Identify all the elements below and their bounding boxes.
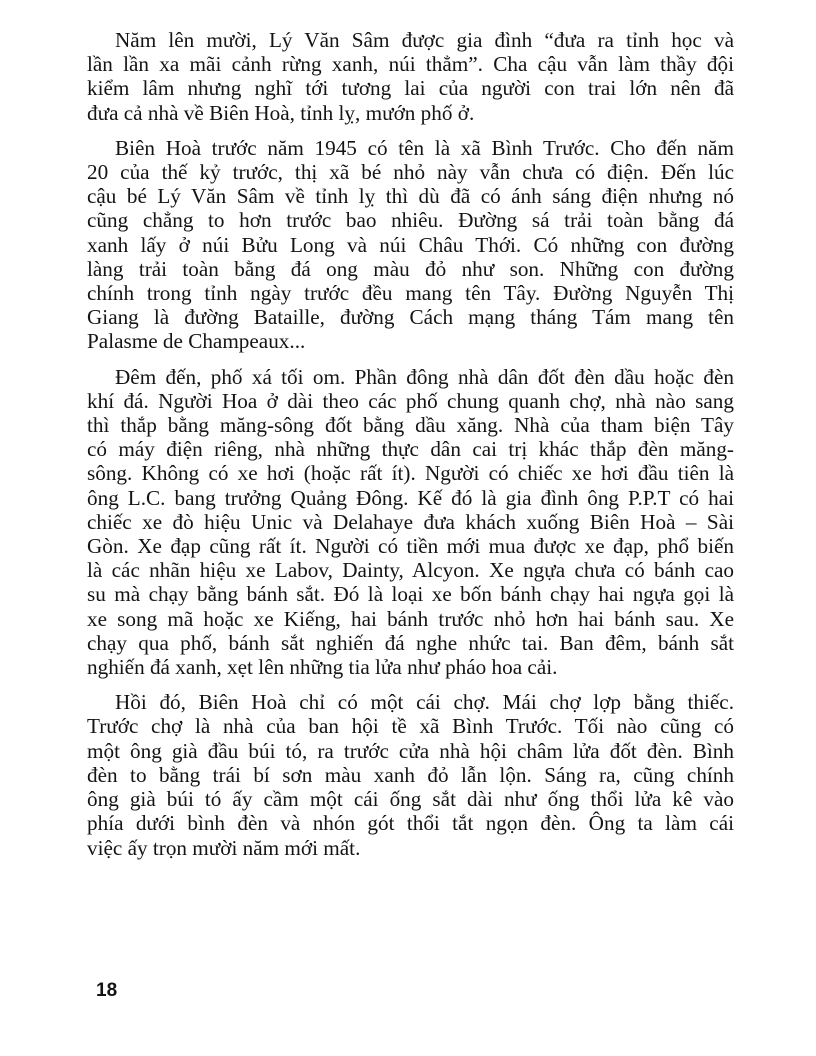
text-line: đèn to bằng trái bí sơn màu xanh đỏ lẫn …	[87, 763, 734, 787]
text-line: Hồi đó, Biên Hoà chỉ có một cái chợ. Mái…	[87, 690, 734, 714]
paragraph-2: Biên Hoà trước năm 1945 có tên là xã Bìn…	[87, 136, 734, 354]
page-body: Năm lên mười, Lý Văn Sâm được gia đình “…	[87, 28, 734, 871]
text-line: chiếc xe đò hiệu Unic và Delahaye đưa kh…	[87, 510, 734, 534]
text-line: xe song mã hoặc xe Kiếng, hai bánh trước…	[87, 607, 734, 631]
text-line: nghiến đá xanh, xẹt lên những tia lửa nh…	[87, 655, 734, 679]
text-line: cậu bé Lý Văn Sâm về tỉnh lỵ thì dù đã c…	[87, 184, 734, 208]
paragraph-3: Đêm đến, phố xá tối om. Phần đông nhà dâ…	[87, 365, 734, 680]
page-number: 18	[96, 980, 117, 1002]
text-line: kiểm lâm nhưng nghĩ tới tương lai của ng…	[87, 76, 734, 100]
text-line: ông già búi tó ấy cầm một cái ống sắt dà…	[87, 787, 734, 811]
paragraph-1: Năm lên mười, Lý Văn Sâm được gia đình “…	[87, 28, 734, 125]
text-line: Biên Hoà trước năm 1945 có tên là xã Bìn…	[87, 136, 734, 160]
text-line: Năm lên mười, Lý Văn Sâm được gia đình “…	[87, 28, 734, 52]
text-line: đưa cả nhà về Biên Hoà, tỉnh lỵ, mướn ph…	[87, 101, 734, 125]
text-line: việc ấy trọn mười năm mới mất.	[87, 836, 734, 860]
text-line: Palasme de Champeaux...	[87, 329, 734, 353]
text-line: phía dưới bình đèn và nhón gót thổi tắt …	[87, 811, 734, 835]
text-line: thì thắp bằng măng-sông đốt bằng dầu xăn…	[87, 413, 734, 437]
text-line: Đêm đến, phố xá tối om. Phần đông nhà dâ…	[87, 365, 734, 389]
text-line: có máy điện riêng, nhà những thực dân ca…	[87, 437, 734, 461]
text-line: sông. Không có xe hơi (hoặc rất ít). Ngư…	[87, 461, 734, 485]
text-line: là các nhãn hiệu xe Labov, Dainty, Alcyo…	[87, 558, 734, 582]
text-line: Gòn. Xe đạp cũng rất ít. Người có tiền m…	[87, 534, 734, 558]
text-line: Trước chợ là nhà của ban hội tề xã Bình …	[87, 714, 734, 738]
text-line: ông L.C. bang trưởng Quảng Đông. Kế đó l…	[87, 486, 734, 510]
text-line: cũng chẳng to hơn trước bao nhiêu. Đường…	[87, 208, 734, 232]
text-line: một ông già đầu búi tó, ra trước cửa nhà…	[87, 739, 734, 763]
text-line: chạy qua phố, bánh sắt nghiến đá nghe nh…	[87, 631, 734, 655]
text-line: Giang là đường Bataille, đường Cách mạng…	[87, 305, 734, 329]
paragraph-4: Hồi đó, Biên Hoà chỉ có một cái chợ. Mái…	[87, 690, 734, 859]
text-line: 20 của thế kỷ trước, thị xã bé nhỏ này v…	[87, 160, 734, 184]
text-line: xanh lấy ở núi Bửu Long và núi Châu Thới…	[87, 233, 734, 257]
text-line: khí đá. Người Hoa ở dài theo các phố chu…	[87, 389, 734, 413]
text-line: su mà chạy bằng bánh sắt. Đó là loại xe …	[87, 582, 734, 606]
text-line: chính trong tỉnh ngày trước đều mang tên…	[87, 281, 734, 305]
text-line: lần lần xa mãi cảnh rừng xanh, núi thẳm”…	[87, 52, 734, 76]
text-line: làng trải toàn bằng đá ong màu đỏ như so…	[87, 257, 734, 281]
